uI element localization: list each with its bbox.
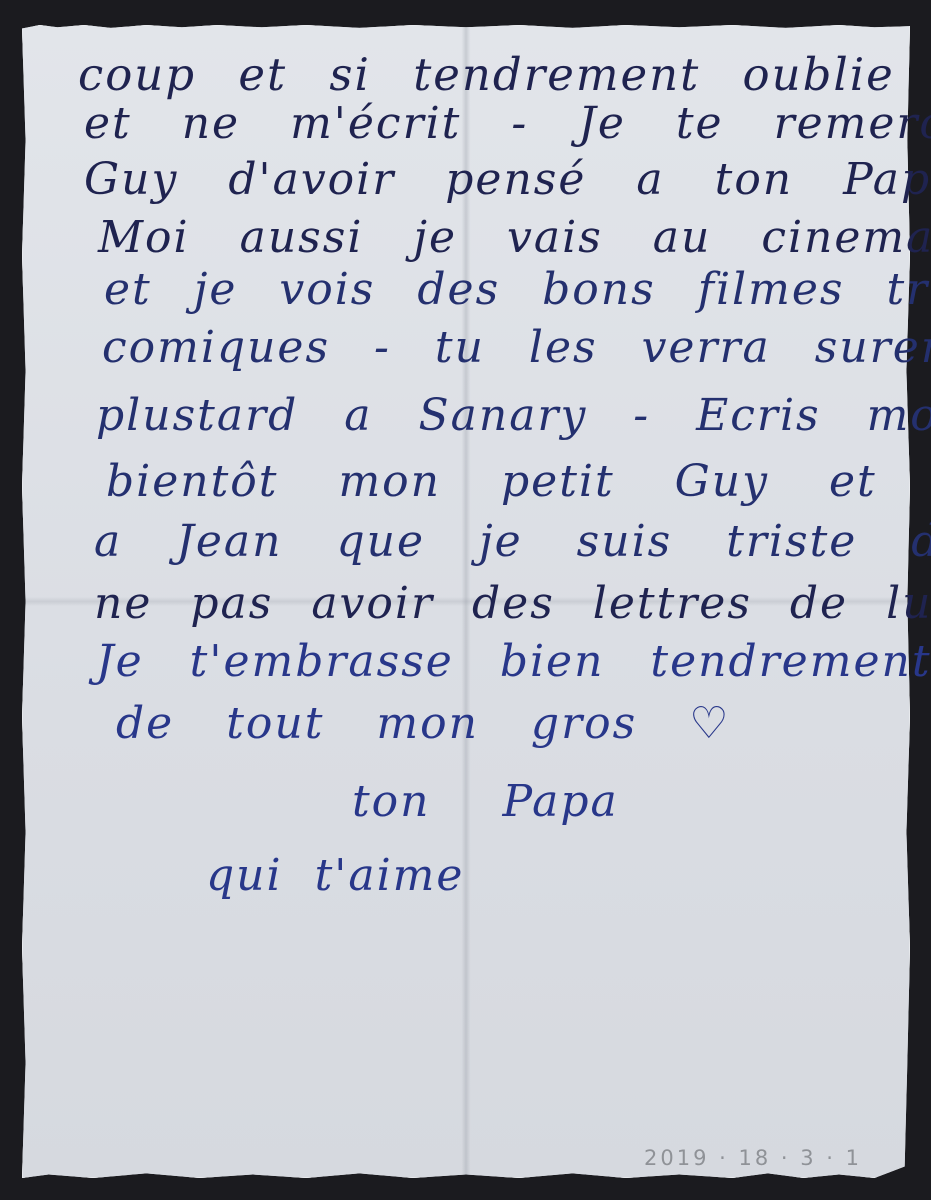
catalog-number: 2019 · 18 · 3 · 1 [644, 1146, 862, 1170]
letter-line-4: Moi aussi je vais au cinema [98, 216, 931, 260]
letter-line-7: plustard a Sanary - Ecris moi [96, 394, 931, 438]
letter-line-6: comiques - tu les verra surement [102, 326, 931, 370]
letter-line-2: et ne m'écrit - Je te remercie mon [84, 102, 931, 146]
letter-line-1: coup et si tendrement oublie son papa [78, 52, 931, 97]
letter-line-12: de tout mon gros ♡ [116, 702, 731, 746]
closing-ton-papa: ton Papa [352, 780, 619, 824]
letter-line-5: et je vois des bons filmes très [104, 268, 931, 312]
letter-line-11: Je t'embrasse bien tendrement [96, 640, 931, 684]
closing-qui-taime: qui t'aime [206, 854, 464, 898]
letter-line-8: bientôt mon petit Guy et dis [106, 460, 931, 504]
letter-line-3: Guy d'avoir pensé a ton Papa. [84, 158, 931, 202]
letter-line-10: ne pas avoir des lettres de lui [94, 582, 931, 626]
letter-line-9: a Jean que je suis triste de [94, 520, 931, 564]
